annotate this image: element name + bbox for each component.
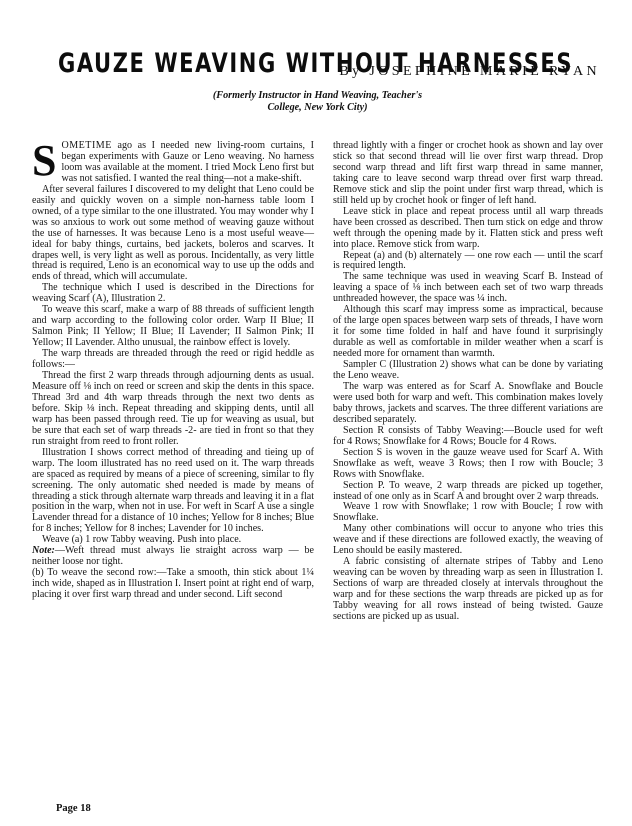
- author-byline: By JOSEPHINE MARIE RYAN: [320, 64, 600, 80]
- paragraph: After several failures I discovered to m…: [32, 185, 314, 284]
- paragraph: Section P. To weave, 2 warp threads are …: [333, 481, 603, 503]
- paragraph: SOMETIME ago as I needed new living-room…: [32, 141, 314, 185]
- author-credit-line-2: College, New York City): [180, 102, 455, 114]
- paragraph: Sampler C (Illustration 2) shows what ca…: [333, 360, 603, 382]
- paragraph: Thread the first 2 warp threads through …: [32, 371, 314, 448]
- page-number: Page 18: [56, 803, 91, 814]
- paragraph: Section R consists of Tabby Weaving:—Bou…: [333, 426, 603, 448]
- lead-in-caps: OMETIME: [61, 140, 111, 151]
- paragraph: To weave this scarf, make a warp of 88 t…: [32, 305, 314, 349]
- paragraph: The warp threads are threaded through th…: [32, 349, 314, 371]
- paragraph: The warp was entered as for Scarf A. Sno…: [333, 382, 603, 426]
- right-column: thread lightly with a finger or crochet …: [333, 141, 603, 623]
- paragraph: Repeat (a) and (b) alternately — one row…: [333, 251, 603, 273]
- magazine-page: GAUZE WEAVING WITHOUT HARNESSES By JOSEP…: [0, 0, 632, 826]
- paragraph: Many other combinations will occur to an…: [333, 524, 603, 557]
- drop-cap: S: [32, 143, 56, 179]
- note-paragraph: Note:—Weft thread must always lie straig…: [32, 546, 314, 568]
- paragraph: Weave 1 row with Snowflake; 1 row with B…: [333, 502, 603, 524]
- note-label: Note:: [32, 545, 55, 556]
- paragraph: (b) To weave the second row:—Take a smoo…: [32, 568, 314, 601]
- paragraph: thread lightly with a finger or crochet …: [333, 141, 603, 207]
- author-credit: (Formerly Instructor in Hand Weaving, Te…: [180, 90, 455, 114]
- note-text: —Weft thread must always lie straight ac…: [32, 545, 314, 567]
- author-credit-line-1: (Formerly Instructor in Hand Weaving, Te…: [180, 90, 455, 102]
- paragraph: Although this scarf may impress some as …: [333, 305, 603, 360]
- left-column: SOMETIME ago as I needed new living-room…: [32, 141, 314, 601]
- paragraph: Section S is woven in the gauze weave us…: [333, 448, 603, 481]
- paragraph: The technique which I used is described …: [32, 283, 314, 305]
- paragraph: The same technique was used in weaving S…: [333, 272, 603, 305]
- paragraph: Leave stick in place and repeat process …: [333, 207, 603, 251]
- paragraph: A fabric consisting of alternate stripes…: [333, 557, 603, 623]
- paragraph: Illustration I shows correct method of t…: [32, 448, 314, 536]
